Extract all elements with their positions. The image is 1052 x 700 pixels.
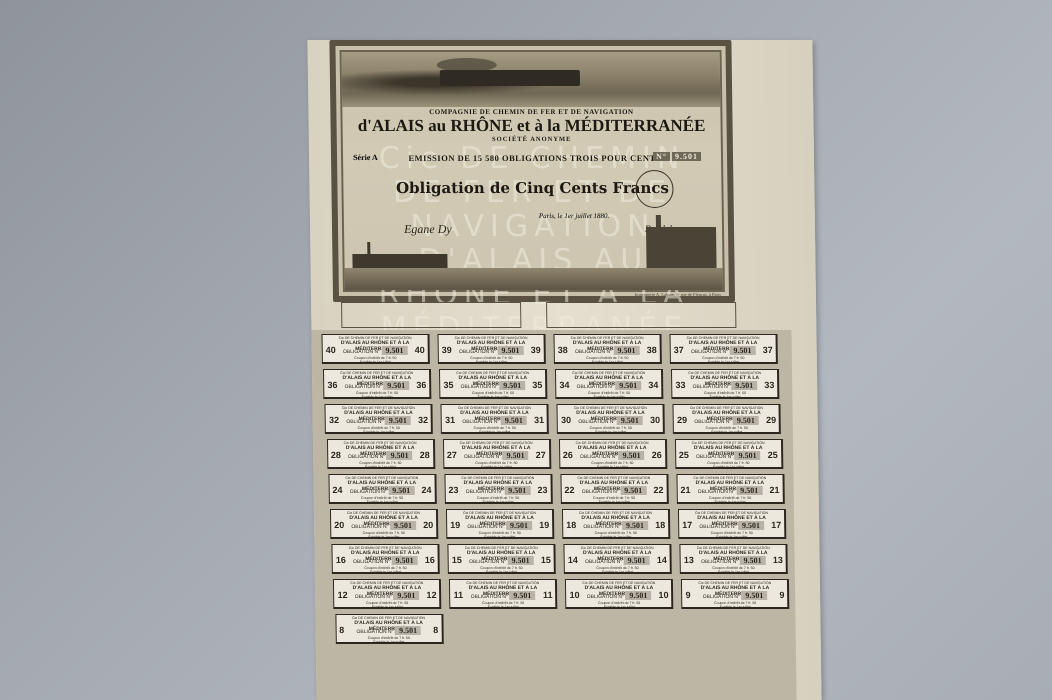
train-illustration — [440, 70, 580, 86]
coupon-obligation: OBLIGATION N° 9.501 — [331, 521, 436, 530]
terms-note-left — [341, 302, 521, 328]
coupon-obligation: OBLIGATION N° 9.501 — [333, 556, 438, 565]
coupon-number-left: 8 — [339, 625, 344, 635]
coupon-number-right: 15 — [541, 555, 551, 565]
coupon-terms: Coupon d'intérêt de 7 fr. 50Exigible le … — [556, 391, 661, 399]
coupon-number-right: 39 — [531, 345, 541, 355]
coupon-terms: Coupon d'intérêt de 7 fr. 50Exigible le … — [326, 426, 431, 434]
coupon-30: Cie DE CHEMIN DE FER ET DE NAVIGATIOND'A… — [557, 404, 665, 434]
coupon-13: Cie DE CHEMIN DE FER ET DE NAVIGATIOND'A… — [680, 544, 788, 574]
coupon-28: Cie DE CHEMIN DE FER ET DE NAVIGATIOND'A… — [327, 439, 435, 469]
coupon-37: Cie DE CHEMIN DE FER ET DE NAVIGATIOND'A… — [669, 334, 777, 364]
coupon-number-right: 27 — [536, 450, 546, 460]
coupon-obligation: OBLIGATION N° 9.501 — [439, 346, 544, 355]
coupon-obligation: OBLIGATION N° 9.501 — [566, 591, 671, 600]
coupon-number-right: 22 — [653, 485, 663, 495]
coupon-obligation: OBLIGATION N° 9.501 — [679, 521, 784, 530]
coupon-terms: Coupon d'intérêt de 7 fr. 50Exigible le … — [681, 566, 786, 574]
coupon-number-left: 22 — [564, 485, 574, 495]
coupon-obligation: OBLIGATION N° 9.501 — [556, 381, 661, 390]
coupon-obligation: OBLIGATION N° 9.501 — [671, 346, 776, 355]
coupon-number-left: 28 — [331, 450, 341, 460]
coupon-sheet: Cie DE CHEMIN DE FER ET DE NAVIGATIOND'A… — [311, 330, 796, 700]
coupon-number-right: 35 — [532, 380, 542, 390]
coupon-number-right: 11 — [543, 590, 553, 600]
coupon-29: Cie DE CHEMIN DE FER ET DE NAVIGATIOND'A… — [673, 404, 781, 434]
landscape-illustration — [345, 268, 723, 290]
coupon-number-left: 18 — [566, 520, 576, 530]
coupon-34: Cie DE CHEMIN DE FER ET DE NAVIGATIOND'A… — [555, 369, 663, 399]
coupon-terms: Coupon d'intérêt de 7 fr. 50Exigible le … — [444, 461, 549, 469]
coupon-obligation: OBLIGATION N° 9.501 — [328, 451, 433, 460]
coupon-number-right: 23 — [537, 485, 547, 495]
coupon-number-left: 16 — [336, 555, 346, 565]
coupon-number-left: 29 — [677, 415, 687, 425]
coupon-number-right: 12 — [426, 590, 436, 600]
coupon-18: Cie DE CHEMIN DE FER ET DE NAVIGATIOND'A… — [562, 509, 670, 539]
coupon-19: Cie DE CHEMIN DE FER ET DE NAVIGATIOND'A… — [446, 509, 554, 539]
coupon-38: Cie DE CHEMIN DE FER ET DE NAVIGATIOND'A… — [553, 334, 661, 364]
coupon-terms: Coupon d'intérêt de 7 fr. 50Exigible le … — [671, 356, 776, 364]
coupon-number-right: 34 — [648, 380, 658, 390]
coupon-36: Cie DE CHEMIN DE FER ET DE NAVIGATIOND'A… — [323, 369, 431, 399]
coupon-terms: Coupon d'intérêt de 7 fr. 50Exigible le … — [562, 496, 667, 504]
coupon-number-left: 10 — [569, 590, 579, 600]
coupon-number-left: 35 — [443, 380, 453, 390]
coupon-number-left: 13 — [684, 555, 694, 565]
coupon-number-right: 19 — [539, 520, 549, 530]
coupon-terms: Coupon d'intérêt de 7 fr. 50Exigible le … — [440, 391, 545, 399]
coupon-number-right: 33 — [764, 380, 774, 390]
factory-illustration — [646, 227, 717, 272]
coupon-number-left: 19 — [450, 520, 460, 530]
coupon-obligation: OBLIGATION N° 9.501 — [324, 381, 429, 390]
coupon-11: Cie DE CHEMIN DE FER ET DE NAVIGATIOND'A… — [449, 579, 557, 609]
bond-frame: Cie DE CHEMIN DE FER ET DE NAVIGATION D'… — [329, 40, 735, 302]
coupon-obligation: OBLIGATION N° 9.501 — [329, 486, 434, 495]
coupon-number-left: 31 — [445, 415, 455, 425]
coupon-number-left: 9 — [685, 590, 690, 600]
coupon-obligation: OBLIGATION N° 9.501 — [672, 381, 777, 390]
coupon-number-right: 24 — [421, 485, 431, 495]
bond-title: d'ALAIS au RHÔNE et à la MÉDITERRANÉE — [342, 116, 720, 136]
coupon-terms: Coupon d'intérêt de 7 fr. 50Exigible le … — [565, 566, 670, 574]
coupon-32: Cie DE CHEMIN DE FER ET DE NAVIGATIOND'A… — [325, 404, 433, 434]
coupon-number-right: 10 — [658, 590, 668, 600]
coupon-number-right: 30 — [650, 415, 660, 425]
coupon-terms: Coupon d'intérêt de 7 fr. 50Exigible le … — [567, 601, 672, 609]
coupon-number-left: 25 — [679, 450, 689, 460]
coupon-number-right: 38 — [647, 345, 657, 355]
coupon-number-left: 39 — [442, 345, 452, 355]
coupon-terms: Coupon d'intérêt de 7 fr. 50Exigible le … — [672, 391, 777, 399]
coupon-obligation: OBLIGATION N° 9.501 — [681, 556, 786, 565]
coupon-9: Cie DE CHEMIN DE FER ET DE NAVIGATIOND'A… — [681, 579, 789, 609]
coupon-obligation: OBLIGATION N° 9.501 — [326, 416, 431, 425]
company-type: SOCIÉTÉ ANONYME — [343, 136, 721, 143]
coupon-terms: Coupon d'intérêt de 7 fr. 50Exigible le … — [439, 356, 544, 364]
coupon-number-right: 8 — [433, 625, 438, 635]
coupon-terms: Coupon d'intérêt de 7 fr. 50Exigible le … — [451, 601, 556, 609]
coupon-number-right: 17 — [771, 520, 781, 530]
coupon-8: Cie DE CHEMIN DE FER ET DE NAVIGATIOND'A… — [335, 614, 443, 644]
coupon-obligation: OBLIGATION N° 9.501 — [447, 521, 552, 530]
coupon-number-right: 21 — [769, 485, 779, 495]
coupon-15: Cie DE CHEMIN DE FER ET DE NAVIGATIOND'A… — [448, 544, 556, 574]
coupon-number-left: 33 — [675, 380, 685, 390]
coupon-number-left: 30 — [561, 415, 571, 425]
coupon-terms: Coupon d'intérêt de 7 fr. 50Exigible le … — [679, 531, 784, 539]
coupon-39: Cie DE CHEMIN DE FER ET DE NAVIGATIOND'A… — [437, 334, 545, 364]
coupon-number-left: 15 — [452, 555, 462, 565]
coupon-number-left: 12 — [337, 590, 347, 600]
coupon-obligation: OBLIGATION N° 9.501 — [565, 556, 670, 565]
coupon-26: Cie DE CHEMIN DE FER ET DE NAVIGATIOND'A… — [559, 439, 667, 469]
signature-president: Egane Dy — [404, 222, 452, 237]
coupon-number-left: 34 — [559, 380, 569, 390]
coupon-terms: Coupon d'intérêt de 7 fr. 50Exigible le … — [678, 496, 783, 504]
coupon-10: Cie DE CHEMIN DE FER ET DE NAVIGATIOND'A… — [565, 579, 673, 609]
coupon-terms: Coupon d'intérêt de 7 fr. 50Exigible le … — [324, 391, 429, 399]
coupon-terms: Coupon d'intérêt de 7 fr. 50Exigible le … — [683, 601, 788, 609]
train-engraving — [342, 52, 721, 107]
coupon-obligation: OBLIGATION N° 9.501 — [445, 486, 550, 495]
coupon-number-right: 14 — [657, 555, 667, 565]
bond-body: Cie DE CHEMIN DE FER ET DE NAVIGATION D'… — [340, 50, 725, 292]
coupon-number-left: 26 — [563, 450, 573, 460]
coupon-20: Cie DE CHEMIN DE FER ET DE NAVIGATIOND'A… — [330, 509, 438, 539]
coupon-obligation: OBLIGATION N° 9.501 — [442, 416, 547, 425]
coupon-number-left: 24 — [332, 485, 342, 495]
coupon-number-left: 11 — [453, 590, 463, 600]
coupon-terms: Coupon d'intérêt de 7 fr. 50Exigible le … — [674, 426, 779, 434]
coupon-obligation: OBLIGATION N° 9.501 — [677, 486, 782, 495]
coupon-number-right: 18 — [655, 520, 665, 530]
coupon-14: Cie DE CHEMIN DE FER ET DE NAVIGATIOND'A… — [564, 544, 672, 574]
coupon-number-right: 32 — [418, 415, 428, 425]
coupon-number-left: 40 — [326, 345, 336, 355]
seal-stamp-icon — [635, 170, 674, 208]
terms-note-right — [546, 302, 736, 328]
coupon-obligation: OBLIGATION N° 9.501 — [682, 591, 787, 600]
coupon-12: Cie DE CHEMIN DE FER ET DE NAVIGATIOND'A… — [333, 579, 441, 609]
coupon-23: Cie DE CHEMIN DE FER ET DE NAVIGATIOND'A… — [444, 474, 552, 504]
coupon-33: Cie DE CHEMIN DE FER ET DE NAVIGATIOND'A… — [671, 369, 779, 399]
coupon-number-right: 13 — [773, 555, 783, 565]
coupon-number-left: 32 — [329, 415, 339, 425]
coupon-obligation: OBLIGATION N° 9.501 — [555, 346, 660, 355]
coupon-obligation: OBLIGATION N° 9.501 — [323, 346, 428, 355]
coupon-22: Cie DE CHEMIN DE FER ET DE NAVIGATIOND'A… — [560, 474, 668, 504]
coupon-24: Cie DE CHEMIN DE FER ET DE NAVIGATIOND'A… — [328, 474, 436, 504]
coupon-obligation: OBLIGATION N° 9.501 — [440, 381, 545, 390]
coupon-terms: Coupon d'intérêt de 7 fr. 50Exigible le … — [323, 356, 428, 364]
coupon-number-right: 26 — [652, 450, 662, 460]
coupon-number-right: 20 — [423, 520, 433, 530]
coupon-terms: Coupon d'intérêt de 7 fr. 50Exigible le … — [449, 566, 554, 574]
coupon-terms: Coupon d'intérêt de 7 fr. 50Exigible le … — [446, 496, 551, 504]
coupon-21: Cie DE CHEMIN DE FER ET DE NAVIGATIOND'A… — [676, 474, 784, 504]
coupon-31: Cie DE CHEMIN DE FER ET DE NAVIGATIOND'A… — [441, 404, 549, 434]
coupon-number-right: 25 — [768, 450, 778, 460]
coupon-16: Cie DE CHEMIN DE FER ET DE NAVIGATIOND'A… — [332, 544, 440, 574]
coupon-terms: Coupon d'intérêt de 7 fr. 50Exigible le … — [333, 566, 438, 574]
coupon-number-left: 21 — [680, 485, 690, 495]
coupon-25: Cie DE CHEMIN DE FER ET DE NAVIGATIOND'A… — [675, 439, 783, 469]
coupon-terms: Coupon d'intérêt de 7 fr. 50Exigible le … — [676, 461, 781, 469]
coupon-terms: Coupon d'intérêt de 7 fr. 50Exigible le … — [442, 426, 547, 434]
coupon-terms: Coupon d'intérêt de 7 fr. 50Exigible le … — [447, 531, 552, 539]
coupon-number-left: 17 — [682, 520, 692, 530]
coupon-obligation: OBLIGATION N° 9.501 — [334, 591, 439, 600]
coupon-obligation: OBLIGATION N° 9.501 — [449, 556, 554, 565]
coupon-obligation: OBLIGATION N° 9.501 — [563, 521, 668, 530]
coupon-obligation: OBLIGATION N° 9.501 — [674, 416, 779, 425]
issue-date: Paris, le 1er juillet 1880. — [539, 212, 610, 220]
coupon-17: Cie DE CHEMIN DE FER ET DE NAVIGATIOND'A… — [678, 509, 786, 539]
company-line: COMPAGNIE DE CHEMIN DE FER ET DE NAVIGAT… — [342, 108, 720, 116]
coupon-terms: Coupon d'intérêt de 7 fr. 50Exigible le … — [555, 356, 660, 364]
bond-number: N° 9.501 — [653, 152, 701, 161]
coupon-terms: Coupon d'intérêt de 7 fr. 50Exigible le … — [331, 531, 436, 539]
coupon-terms: Coupon d'intérêt de 7 fr. 50Exigible le … — [560, 461, 665, 469]
coupon-terms: Coupon d'intérêt de 7 fr. 50Exigible le … — [335, 601, 440, 609]
coupon-obligation: OBLIGATION N° 9.501 — [561, 486, 666, 495]
coupon-number-right: 9 — [779, 590, 784, 600]
coupon-obligation: OBLIGATION N° 9.501 — [558, 416, 663, 425]
coupon-number-right: 16 — [425, 555, 435, 565]
coupon-obligation: OBLIGATION N° 9.501 — [444, 451, 549, 460]
coupon-number-left: 37 — [674, 345, 684, 355]
printer-credit: Imprimerie A. Lahure, 9, rue de Fleurus,… — [635, 292, 721, 297]
coupon-terms: Coupon d'intérêt de 7 fr. 50Exigible le … — [558, 426, 663, 434]
coupon-number-left: 38 — [558, 345, 568, 355]
coupon-number-right: 36 — [416, 380, 426, 390]
coupon-obligation: OBLIGATION N° 9.501 — [450, 591, 555, 600]
coupon-number-left: 20 — [334, 520, 344, 530]
coupon-number-right: 31 — [534, 415, 544, 425]
coupon-number-right: 37 — [763, 345, 773, 355]
coupon-27: Cie DE CHEMIN DE FER ET DE NAVIGATIOND'A… — [443, 439, 551, 469]
coupon-terms: Coupon d'intérêt de 7 fr. 50Exigible le … — [328, 461, 433, 469]
coupon-number-left: 36 — [327, 380, 337, 390]
coupon-number-left: 14 — [568, 555, 578, 565]
coupon-number-left: 23 — [448, 485, 458, 495]
coupon-40: Cie DE CHEMIN DE FER ET DE NAVIGATIOND'A… — [321, 334, 429, 364]
coupon-number-right: 40 — [415, 345, 425, 355]
coupon-number-right: 28 — [420, 450, 430, 460]
coupon-35: Cie DE CHEMIN DE FER ET DE NAVIGATIOND'A… — [439, 369, 547, 399]
coupon-obligation: OBLIGATION N° 9.501 — [676, 451, 781, 460]
coupon-obligation: OBLIGATION N° 9.501 — [560, 451, 665, 460]
coupon-number-left: 27 — [447, 450, 457, 460]
coupon-terms: Coupon d'intérêt de 7 fr. 50Exigible le … — [563, 531, 668, 539]
coupon-terms: Coupon d'intérêt de 7 fr. 50Exigible le … — [330, 496, 435, 504]
bond-certificate-sheet: Cie DE CHEMIN DE FER ET DE NAVIGATION D'… — [307, 40, 821, 700]
coupon-obligation: OBLIGATION N° 9.501 — [336, 626, 441, 635]
coupon-terms: Coupon d'intérêt de 7 fr. 50Exigible le … — [336, 636, 441, 644]
coupon-number-right: 29 — [766, 415, 776, 425]
